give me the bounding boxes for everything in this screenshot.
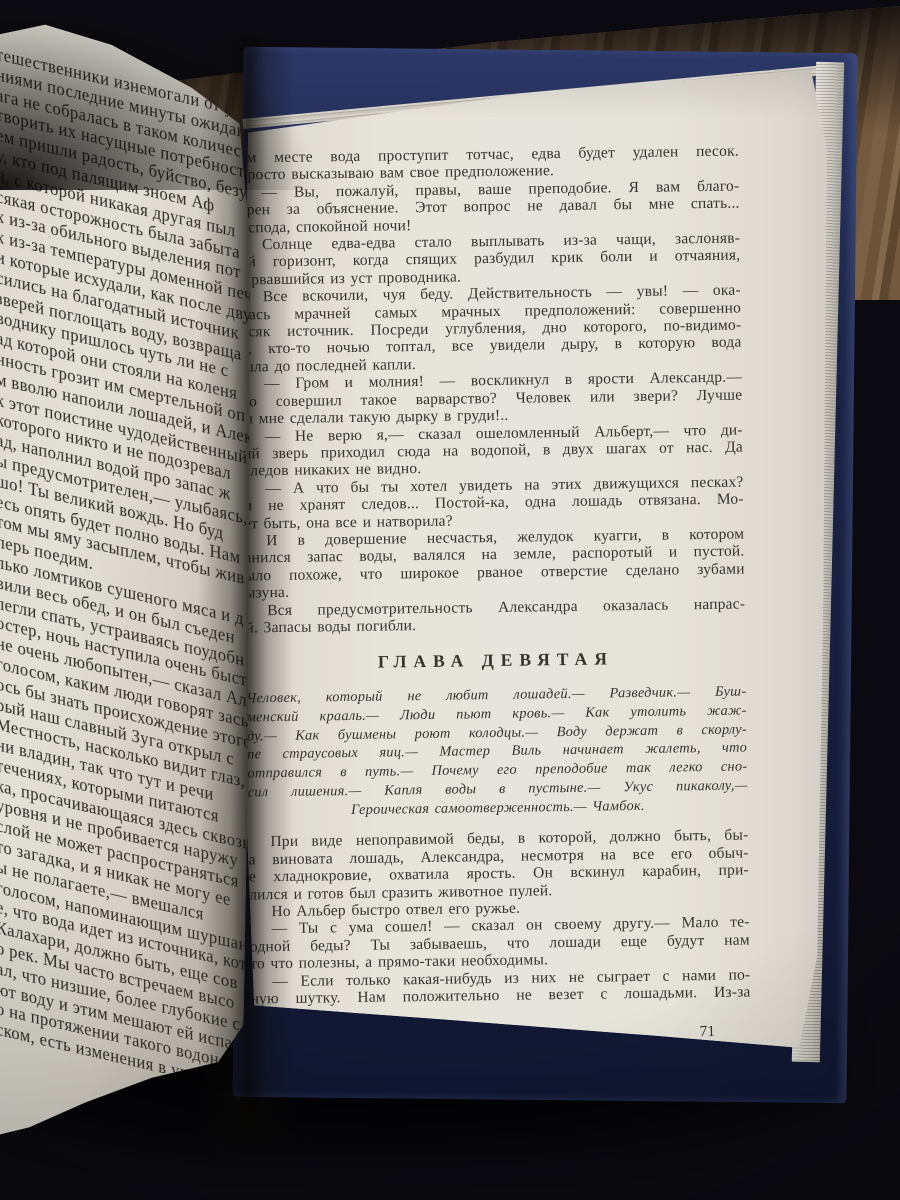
right-book-page: ом месте вода проступит тотчас, едва буд…	[235, 58, 835, 1068]
right-page-text: ом месте вода проступит тотчас, едва буд…	[239, 143, 751, 1048]
paragraphs-top: ом месте вода проступит тотчас, едва буд…	[239, 143, 746, 637]
chapter-heading: ГЛАВА ДЕВЯТАЯ	[246, 647, 746, 675]
paragraphs-bottom: При виде непоправимой беды, в которой, д…	[248, 827, 750, 1008]
bottom-left-shadow	[0, 0, 320, 190]
spine-gutter-shadow	[198, 36, 294, 1146]
chapter-summary: Человек, который не любит лошадей.— Разв…	[246, 683, 748, 821]
book-photo-scene: тешественники изнемогали от устаниями по…	[0, 0, 900, 1200]
